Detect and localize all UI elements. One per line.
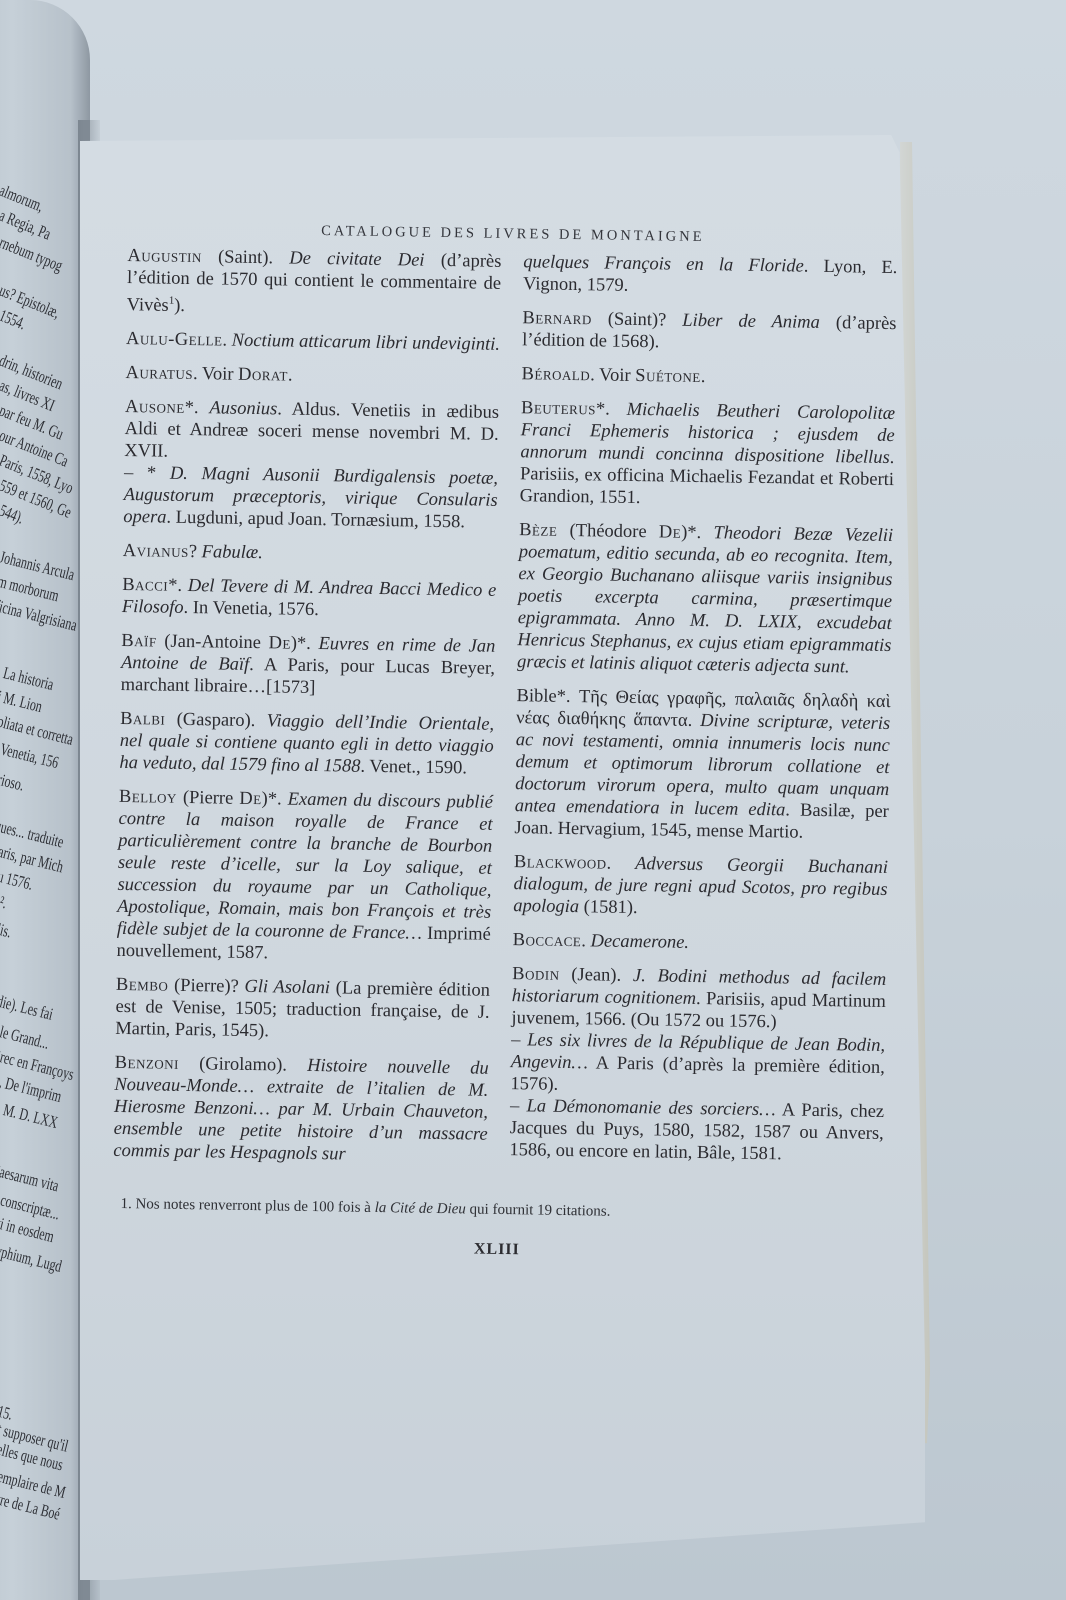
catalogue-entry: Bacci*. Del Tevere di M. Andrea Bacci Me… xyxy=(122,574,497,624)
right-column: quelques François en la Floride. Lyon, E… xyxy=(509,251,898,1186)
entry-text: – xyxy=(510,1096,527,1116)
catalogue-entry: Bernard (Saint)? Liber de Anima (d’après… xyxy=(522,307,897,357)
italic-title-text: De civitate Dei xyxy=(289,249,425,271)
entry-text: . Voir xyxy=(590,365,635,386)
entry-text: . In Venetia, 1576. xyxy=(183,598,319,620)
catalogue-entry: Boccace. Decamerone. xyxy=(513,929,887,957)
entry-author-name: Blackwood xyxy=(514,852,607,873)
left-column: Augustin (Saint). De civitate Dei (d’apr… xyxy=(113,245,502,1180)
catalogue-entry: Belloy (Pierre De)*. Examen du discours … xyxy=(116,786,493,968)
entry-author-name: Benzoni xyxy=(115,1053,180,1074)
entry-text: *. xyxy=(168,576,188,596)
facing-page-text-fragment: édie). Les fai xyxy=(0,990,55,1025)
catalogue-entry: Augustin (Saint). De civitate Dei (d’apr… xyxy=(126,245,501,322)
catalogue-entry: Ausone*. Ausonius. Aldus. Venetiis in æd… xyxy=(123,396,499,534)
italic-title-text: La Démonomanie des sorciers… xyxy=(526,1096,775,1120)
catalogue-entry: Bembo (Pierre)? Gli Asolani (La première… xyxy=(115,974,490,1046)
entry-text: (1581). xyxy=(579,897,638,918)
catalogue-entry: Béroald. Voir Suétone. xyxy=(521,363,895,391)
entry-text: (Théodore xyxy=(557,521,659,543)
catalogue-entry: Avianus? Fabulæ. xyxy=(123,540,497,568)
entry-text: ). xyxy=(174,296,185,316)
entry-author-name: Aulu-Gelle xyxy=(126,329,223,351)
italic-title-text: Decamerone. xyxy=(590,931,689,953)
entry-text: – * xyxy=(124,463,170,484)
entry-text: )*. xyxy=(681,523,714,544)
entry-sub-item: – Les six livres de la République de Jea… xyxy=(510,1029,885,1101)
entry-text: . Venet., 1590. xyxy=(360,757,467,779)
footnote: 1. Nos notes renverront plus de 100 fois… xyxy=(112,1196,882,1225)
cross-reference-name: De xyxy=(659,522,682,542)
footnote-number: 1. xyxy=(120,1196,131,1212)
page-content: Catalogue des livres de Montaigne August… xyxy=(112,220,898,1265)
entry-author-name: Bembo xyxy=(116,975,169,996)
entry-author-name: Balbi xyxy=(120,709,165,730)
facing-page-text-fragment: ryphium, Lugd xyxy=(0,1240,64,1277)
cross-reference-name: De xyxy=(268,633,291,653)
italic-title-text: Gli Asolani xyxy=(244,977,330,998)
catalogue-entry: Auratus. Voir Dorat. xyxy=(125,362,499,390)
catalogue-entry: Bodin (Jean). J. Bodini methodus ad faci… xyxy=(509,963,886,1167)
cross-reference-name: De xyxy=(239,789,262,809)
entry-text: . xyxy=(581,931,591,951)
italic-title-text: Ausonius xyxy=(209,398,277,419)
entry-text: . xyxy=(222,331,232,351)
catalogue-entry: Aulu-Gelle. Noctium atticarum libri unde… xyxy=(126,328,500,356)
entry-text: (Girolamo). xyxy=(179,1054,308,1076)
entry-text: . xyxy=(701,367,706,387)
entry-text: . Lugduni, apud Joan. Tornæsium, 1558. xyxy=(166,508,465,533)
entry-text: (Saint)? xyxy=(592,309,683,330)
catalogue-entry: quelques François en la Floride. Lyon, E… xyxy=(523,251,898,301)
catalogue-entry: Benzoni (Girolamo). Histoire nouvelle du… xyxy=(113,1052,489,1168)
entry-author-name: Bernard xyxy=(522,308,592,329)
italic-title-text: Noctium atticarum libri undeviginti. xyxy=(232,331,501,355)
entry-author-name: Bèze xyxy=(519,520,557,541)
entry-author-name: Bacci xyxy=(122,575,168,596)
entry-text: (Pierre xyxy=(177,788,240,809)
entry-sub-item: – La Démonomanie des sorciers… A Paris, … xyxy=(509,1095,884,1167)
entry-text: – xyxy=(511,1030,527,1050)
two-column-body: Augustin (Saint). De civitate Dei (d’apr… xyxy=(113,245,897,1186)
entry-author-name: Baïf xyxy=(121,631,157,652)
entry-author-name: Ausone xyxy=(125,397,185,418)
entry-text: . Voir xyxy=(193,364,238,385)
facing-page-text-fragment: elis. xyxy=(0,918,13,942)
entry-author-name: Augustin xyxy=(127,246,202,267)
entry-author-name: Boccace xyxy=(513,930,582,951)
catalogue-entry: Bèze (Théodore De)*. Theodori Bezæ Vezel… xyxy=(517,519,893,679)
footnote-italic-title: la Cité de Dieu xyxy=(375,1200,466,1217)
entry-text: )*. xyxy=(261,789,287,809)
facing-left-page: almorum,a Regia, Parnebum typogus? Epist… xyxy=(0,0,90,1600)
footnote-text-before: Nos notes renverront plus de 100 fois à xyxy=(132,1196,375,1216)
cross-reference-name: Dorat xyxy=(238,365,288,386)
entry-author-name: Bodin xyxy=(512,964,560,985)
entry-text: *. xyxy=(185,398,210,418)
italic-title-text: quelques François en la Floride xyxy=(523,252,804,276)
catalogue-entry: Baïf (Jan-Antoine De)*. Euvres en rime d… xyxy=(121,630,496,702)
entry-author-name: Belloy xyxy=(119,787,177,808)
entry-text: . xyxy=(606,854,635,874)
facing-page-text-fragment: urioso. xyxy=(0,768,26,795)
italic-title-text: Fabulæ. xyxy=(201,542,262,563)
entry-author-name: Avianus xyxy=(123,541,189,562)
facing-page-text-fragment: e ². xyxy=(0,890,9,913)
entry-sub-item: – * D. Magni Ausonii Burdigalensis poetæ… xyxy=(123,462,498,534)
entry-text: (Gasparo). xyxy=(165,710,267,732)
entry-author-name: Auratus xyxy=(125,363,193,384)
italic-title-text: Examen du discours publié contre la mais… xyxy=(117,790,493,944)
catalogue-entry: Bible*. Τῆς Θείας γραφῆς, παλαιᾶς δηλαδὴ… xyxy=(514,685,890,845)
footnote-text-after: qui fournit 19 citations. xyxy=(466,1202,611,1220)
entry-text: *. xyxy=(596,399,627,419)
italic-title-text: Theodori Bezæ Vezelii poematum, editio s… xyxy=(517,523,893,677)
entry-text: )*. xyxy=(291,634,319,654)
cross-reference-name: Suétone xyxy=(635,366,701,387)
entry-author-name: Beuterus xyxy=(521,398,596,419)
catalogue-entry: Beuterus*. Michaelis Beutheri Carolopoli… xyxy=(520,397,896,513)
entry-author-name: Béroald xyxy=(521,364,590,385)
facing-page-text-fragment: Caesarum vita xyxy=(0,1160,61,1196)
entry-text: (Pierre)? xyxy=(168,976,244,997)
entry-text: . xyxy=(288,366,293,386)
entry-text: (Saint). xyxy=(202,247,290,268)
entry-text: (Jan-Antoine xyxy=(157,632,269,654)
catalogue-entry: Blackwood. Adversus Georgii Buchanani di… xyxy=(513,851,888,923)
entry-text: (Jean). xyxy=(559,965,633,986)
catalogue-entry: Balbi (Gasparo). Viaggio dell’Indie Orie… xyxy=(119,708,494,780)
entry-text: ? xyxy=(189,542,202,562)
italic-title-text: Liber de Anima xyxy=(682,311,820,333)
